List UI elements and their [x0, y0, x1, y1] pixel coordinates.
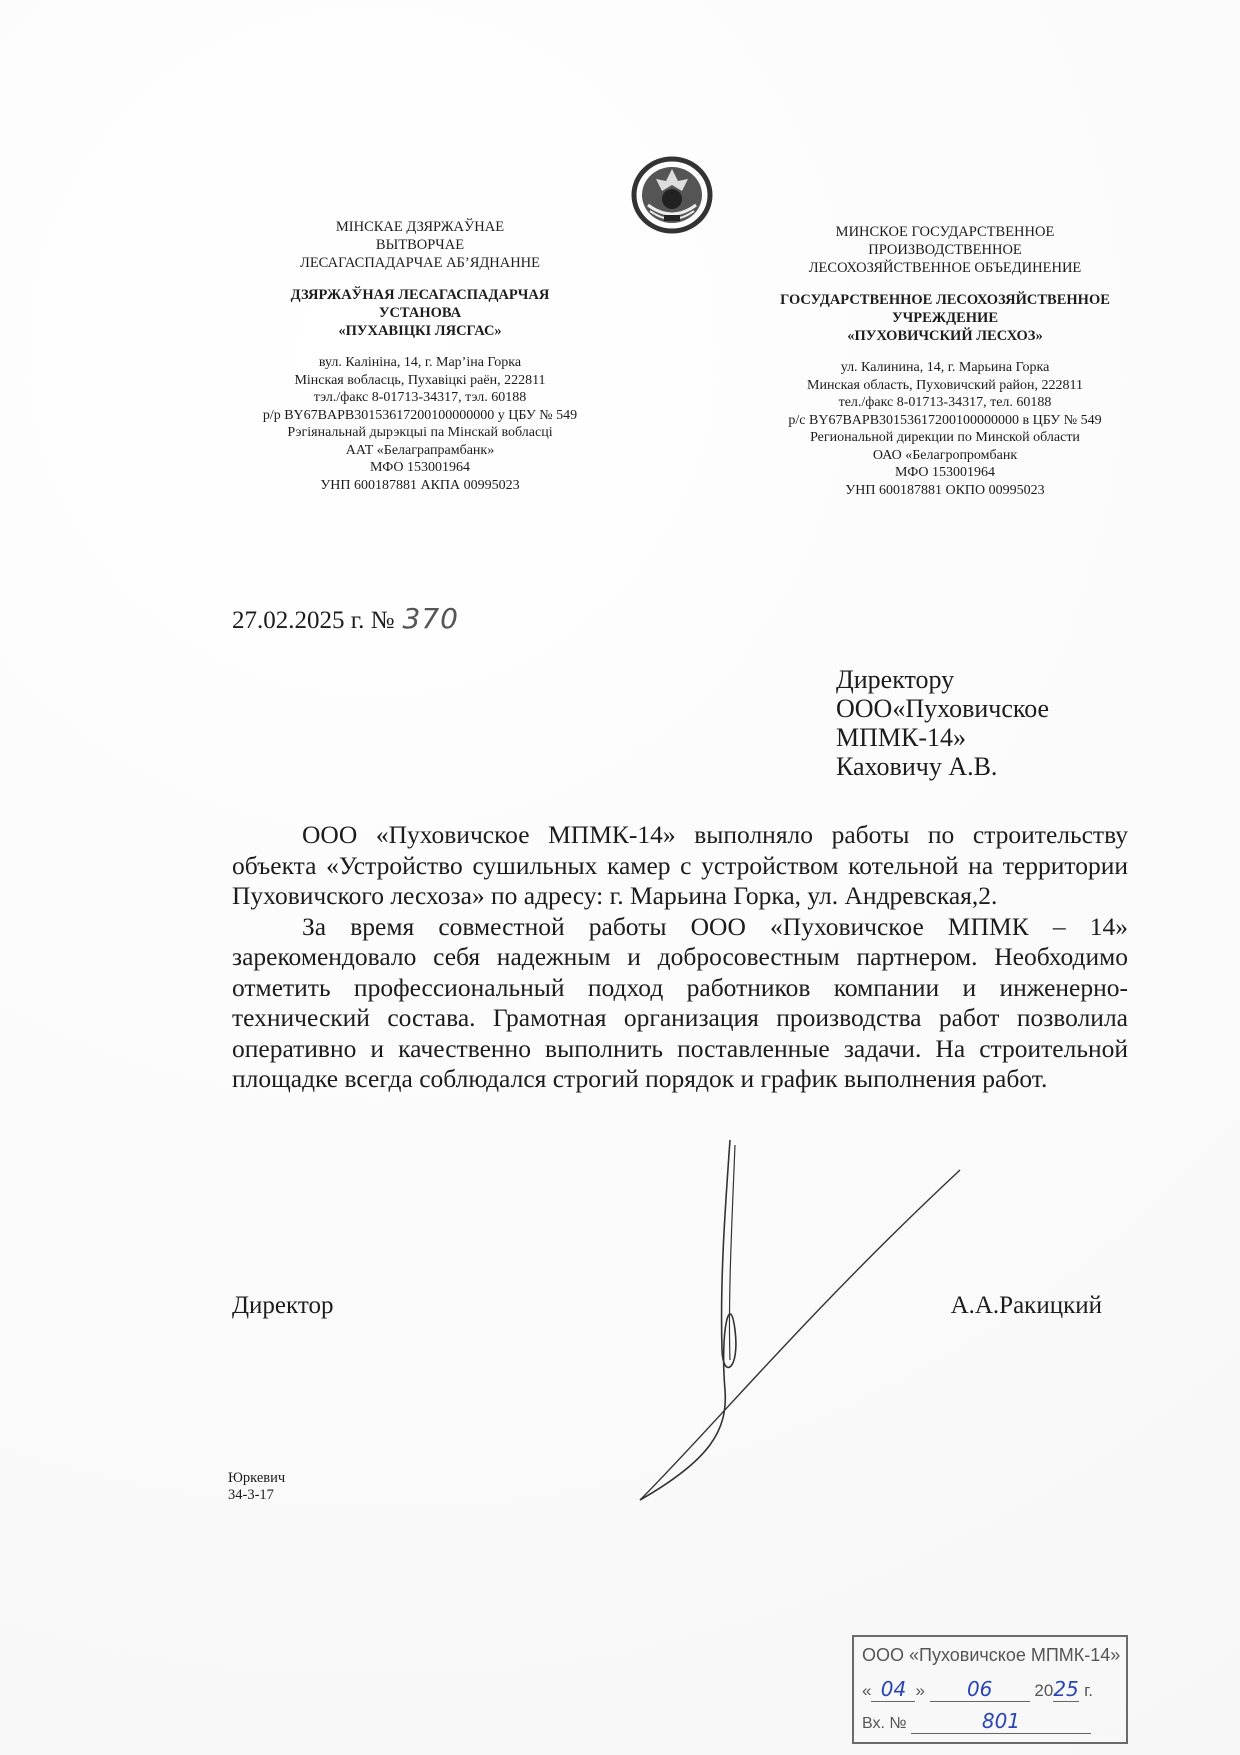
stamp-year: 25	[1053, 1677, 1079, 1702]
signature-row: Директор А.А.Ракицкий	[232, 1292, 1102, 1320]
requisites: вул. Калініна, 14, г. Мар’іна Горка Мінс…	[230, 354, 610, 494]
executor-name: Юркевич	[228, 1470, 285, 1487]
letter-number-handwritten: 370	[403, 602, 459, 635]
incoming-number: 801	[911, 1709, 1091, 1734]
stamp-organization: ООО «Пуховичское МПМК-14»	[862, 1645, 1120, 1666]
stamp-incoming-line: Вх. № 801	[862, 1709, 1117, 1734]
signer-name: А.А.Ракицкий	[951, 1292, 1102, 1320]
stamp-day: 04	[871, 1677, 915, 1702]
requisites: ул. Калинина, 14, г. Марьина Горка Минск…	[735, 359, 1155, 499]
parent-organization: МІНСКАЕ ДЗЯРЖАЎНАЕ ВЫТВОРЧАЕ ЛЕСАГАСПАДА…	[230, 218, 610, 272]
executor-info: Юркевич 34-3-17	[228, 1470, 285, 1504]
letter-date: 27.02.2025 г. №	[232, 607, 395, 634]
letter-page: МІНСКАЕ ДЗЯРЖАЎНАЕ ВЫТВОРЧАЕ ЛЕСАГАСПАДА…	[0, 0, 1240, 1755]
parent-organization: МИНСКОЕ ГОСУДАРСТВЕННОЕ ПРОИЗВОДСТВЕННОЕ…	[735, 223, 1155, 277]
stamp-month: 06	[930, 1677, 1030, 1702]
institution-name: ГОСУДАРСТВЕННОЕ ЛЕСОХОЗЯЙСТВЕННОЕ УЧРЕЖД…	[735, 291, 1155, 345]
header-right-russian: МИНСКОЕ ГОСУДАРСТВЕННОЕ ПРОИЗВОДСТВЕННОЕ…	[735, 223, 1155, 499]
incoming-registration-stamp: ООО «Пуховичское МПМК-14» «04» 06 2025 г…	[852, 1635, 1128, 1744]
stamp-date-line: «04» 06 2025 г.	[862, 1677, 1117, 1702]
letter-date-number: 27.02.2025 г. №370	[232, 602, 459, 635]
letter-body: ООО «Пуховичское МПМК-14» выполняло рабо…	[232, 820, 1128, 1095]
signer-position: Директор	[232, 1292, 333, 1319]
addressee-block: Директору ООО«Пуховичское МПМК-14» Кахов…	[836, 665, 1049, 781]
institution-name: ДЗЯРЖАЎНАЯ ЛЕСАГАСПАДАРЧАЯ УСТАНОВА «ПУХ…	[230, 286, 610, 340]
handwritten-signature-icon	[630, 1130, 970, 1510]
body-paragraph: За время совместной работы ООО «Пуховичс…	[232, 912, 1128, 1095]
body-paragraph: ООО «Пуховичское МПМК-14» выполняло рабо…	[232, 820, 1128, 912]
belarus-state-emblem-icon	[630, 155, 714, 235]
executor-phone: 34-3-17	[228, 1487, 285, 1504]
header-left-belarusian: МІНСКАЕ ДЗЯРЖАЎНАЕ ВЫТВОРЧАЕ ЛЕСАГАСПАДА…	[230, 218, 610, 494]
incoming-label: Вх. №	[862, 1715, 907, 1732]
